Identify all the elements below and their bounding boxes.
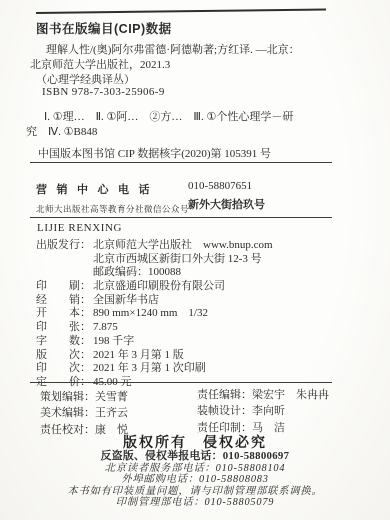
book-info-line-1: 理解人性/(奥)阿尔弗雷德·阿德勒著;方红译. —北京： [46,41,300,57]
wechat-account-value: 新外大街拾玖号 [188,196,265,212]
editor-credit-row: 策划编辑：关雪菁 [40,388,210,404]
print-management-phone: 印制管理部电话：010-58805079 [0,497,390,509]
cip-section-title: 图书在版编目(CIP)数据 [36,19,172,37]
book-info-line-2: 北京师范大学出版社，2021.3 [30,56,170,72]
publication-row-edition: 版 次：2021 年 3 月第 1 版 [36,346,366,360]
divider-rule-price [30,382,332,383]
quality-issue-note: 本书如有印装质量问题，请与印制管理部联系调换。 [0,486,390,498]
isbn-line: ISBN 978-7-303-25906-9 [42,86,165,98]
pinyin-title: LIJIE RENXING [37,222,122,234]
cip-record-number: 中国版本图书馆 CIP 数据核字(2020)第 105391 号 [38,145,271,161]
publication-row-format: 开 本：890 mm×1240 mm 1/32 [36,304,366,318]
editor-credit-row: 责任编辑：梁宏宇 朱冉冉 [197,386,367,402]
top-divider-rule [36,8,326,14]
editor-credit-row: 装帧设计：李向昕 [197,402,367,418]
publication-info-block: 出版发行：北京师范大学出版社 www.bnup.com 北京市西城区新街口外大街… [36,236,366,387]
divider-rule-contact [30,217,332,218]
wechat-account-label: 北师大出版社高等教育分社微信公众号 [36,204,189,214]
classification-line-2: 究 Ⅳ. ①B848 [26,123,97,139]
publication-row-wordcount: 字 数：198 千字 [36,332,366,346]
publication-row-printing: 印 次：2021 年 3 月第 1 次印刷 [36,359,366,373]
colophon-page: 图书在版编目(CIP)数据 理解人性/(奥)阿尔弗雷德·阿德勒著;方红译. —北… [0,0,390,520]
mail-order-phone: 外埠邮购电话：010-58808083 [0,474,390,486]
marketing-phone-row: 营销中心电话 010-58807651 [36,180,356,194]
anti-piracy-hotline: 反盗版、侵权举报电话：010-58800697 [0,451,390,463]
series-note: （心理学经典译丛） [36,71,135,87]
marketing-phone-label: 营销中心电话 [36,184,159,196]
classification-line-1: Ⅰ. ①理… Ⅱ. ①阿… ②方… Ⅲ. ①个性心理学－研 [44,108,293,124]
editor-credit-row: 美术编辑：王齐云 [40,404,210,420]
publication-row-printer: 印 刷：北京盛通印刷股份有限公司 [36,277,366,291]
editor-credits-left: 策划编辑：关雪菁 美术编辑：王齐云 责任校对：康 悦 [40,388,210,437]
marketing-phone-number: 010-58807651 [188,180,252,192]
editor-credits-right: 责任编辑：梁宏宇 朱冉冉 装帧设计：李向昕 责任印制：马 洁 [197,386,367,435]
copyright-notice: 版权所有 侵权必究 [0,432,390,452]
divider-rule-cip [30,162,332,163]
reader-service-phone: 北京读者服务部电话：010-58808104 [0,463,390,475]
publication-row-publisher: 出版发行：北京师范大学出版社 www.bnup.com [36,236,366,250]
copyright-contact-block: 反盗版、侵权举报电话：010-58800697 北京读者服务部电话：010-58… [0,451,390,509]
wechat-account-row: 北师大出版社高等教育分社微信公众号 新外大街拾玖号 [36,197,356,211]
publication-row-address: 北京市西城区新街口外大街 12-3 号 [36,250,366,264]
